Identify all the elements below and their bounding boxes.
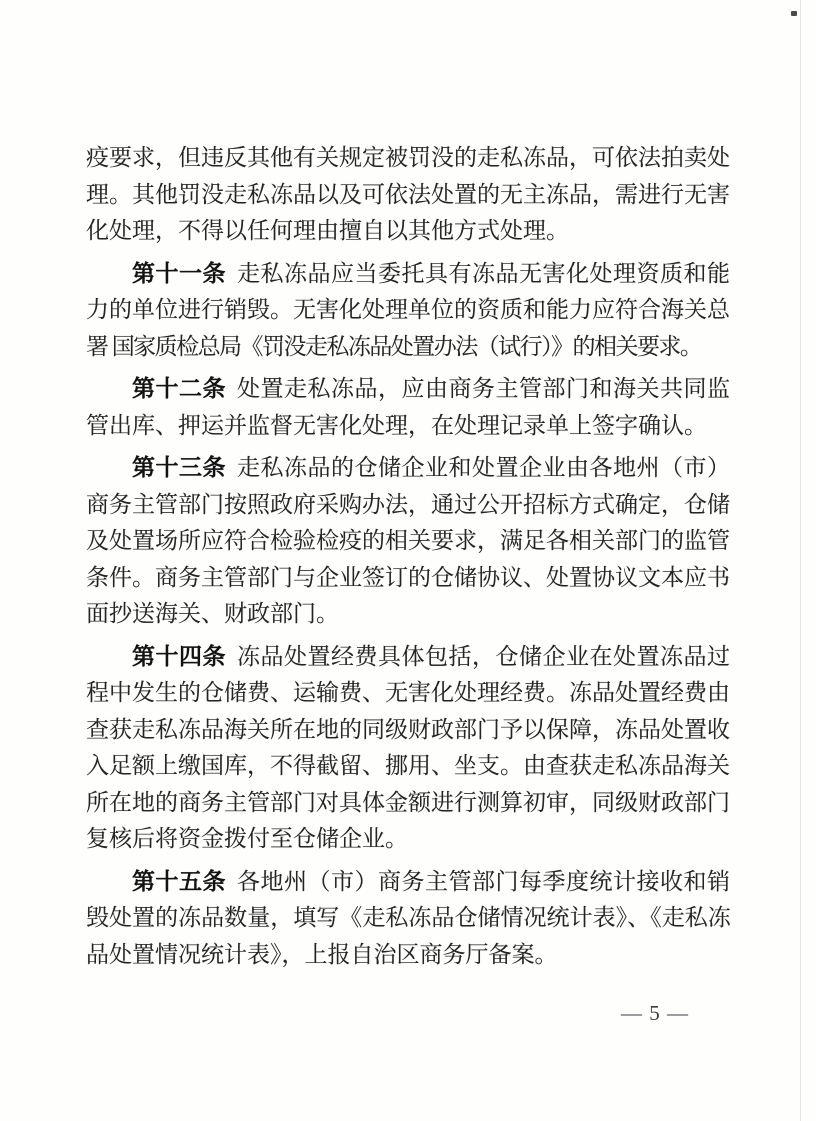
- article-number-heading: 第十一条: [132, 260, 226, 286]
- text-line: 管出库、押运并监督无害化处理，在处理记录单上签字确认。: [86, 408, 730, 445]
- document-body: 疫要求，但违反其他有关规定被罚没的走私冻品，可依法拍卖处理。其他罚没走私冻品以及…: [86, 140, 730, 973]
- scanned-document-page: 疫要求，但违反其他有关规定被罚没的走私冻品，可依法拍卖处理。其他罚没走私冻品以及…: [0, 0, 816, 1121]
- text-line: 条件。商务主管部门与企业签订的仓储协议、处置协议文本应书: [86, 560, 730, 597]
- paragraph-article-15: 第十五条各地州（市）商务主管部门每季度统计接收和销毁处置的冻品数量，填写《走私冻…: [86, 863, 730, 974]
- article-first-line-text: 走私冻品应当委托具有冻品无害化处理资质和能: [237, 261, 730, 286]
- text-line: 程中发生的仓储费、运输费、无害化处理经费。冻品处置经费由: [86, 675, 730, 712]
- paragraph-continuation: 疫要求，但违反其他有关规定被罚没的走私冻品，可依法拍卖处理。其他罚没走私冻品以及…: [86, 140, 730, 250]
- article-number-heading: 第十五条: [132, 868, 226, 894]
- article-number-heading: 第十四条: [132, 643, 226, 669]
- text-line: 理。其他罚没走私冻品以及可依法处置的无主冻品，需进行无害: [86, 177, 730, 214]
- article-number-heading: 第十三条: [132, 454, 226, 480]
- paragraph-article-14: 第十四条冻品处置经费具体包括，仓储企业在处置冻品过程中发生的仓储费、运输费、无害…: [86, 638, 730, 858]
- text-line: 疫要求，但违反其他有关规定被罚没的走私冻品，可依法拍卖处: [86, 140, 730, 177]
- text-line: 商务主管部门按照政府采购办法，通过公开招标方式确定，仓储: [86, 487, 730, 524]
- text-line: 及处置场所应符合检验检疫的相关要求，满足各相关部门的监管: [86, 523, 730, 560]
- paragraph-article-11: 第十一条走私冻品应当委托具有冻品无害化处理资质和能力的单位进行销毁。无害化处理单…: [86, 255, 730, 366]
- article-first-line-text: 各地州（市）商务主管部门每季度统计接收和销: [237, 869, 730, 894]
- text-line: 第十一条走私冻品应当委托具有冻品无害化处理资质和能: [86, 255, 730, 293]
- text-line: 第十五条各地州（市）商务主管部门每季度统计接收和销: [86, 863, 730, 901]
- scan-artifact-speck: [791, 11, 797, 16]
- text-line: 所在地的商务主管部门对具体金额进行测算初审，同级财政部门: [86, 785, 730, 822]
- paragraph-article-12: 第十二条处置走私冻品，应由商务主管部门和海关共同监管出库、押运并监督无害化处理，…: [86, 370, 730, 444]
- text-line: 第十三条走私冻品的仓储企业和处置企业由各地州（市）: [86, 449, 730, 487]
- paragraph-article-13: 第十三条走私冻品的仓储企业和处置企业由各地州（市）商务主管部门按照政府采购办法，…: [86, 449, 730, 633]
- page-number: — 5 —: [621, 1001, 689, 1026]
- text-line: 查获走私冻品海关所在地的同级财政部门予以保障，冻品处置收: [86, 712, 730, 749]
- text-line: 力的单位进行销毁。无害化处理单位的资质和能力应符合海关总: [86, 292, 730, 329]
- scan-edge-line: [800, 0, 801, 1121]
- text-line: 毁处置的冻品数量，填写《走私冻品仓储情况统计表》、《走私冻: [86, 900, 730, 937]
- text-line: 第十四条冻品处置经费具体包括，仓储企业在处置冻品过: [86, 638, 730, 676]
- article-first-line-text: 处置走私冻品，应由商务主管部门和海关共同监: [237, 376, 730, 401]
- text-line: 面抄送海关、财政部门。: [86, 596, 730, 633]
- article-first-line-text: 走私冻品的仓储企业和处置企业由各地州（市）: [237, 455, 730, 480]
- text-line: 复核后将资金拨付至仓储企业。: [86, 821, 730, 858]
- text-line: 入足额上缴国库，不得截留、挪用、坐支。由查获走私冻品海关: [86, 748, 730, 785]
- text-line: 第十二条处置走私冻品，应由商务主管部门和海关共同监: [86, 370, 730, 408]
- text-line: 署 国家质检总局《罚没走私冻品处置办法（试行）》的相关要求。: [86, 329, 730, 366]
- article-number-heading: 第十二条: [132, 375, 226, 401]
- article-first-line-text: 冻品处置经费具体包括，仓储企业在处置冻品过: [237, 644, 730, 669]
- text-line: 品处置情况统计表》，上报自治区商务厅备案。: [86, 937, 730, 974]
- text-line: 化处理，不得以任何理由擅自以其他方式处理。: [86, 213, 730, 250]
